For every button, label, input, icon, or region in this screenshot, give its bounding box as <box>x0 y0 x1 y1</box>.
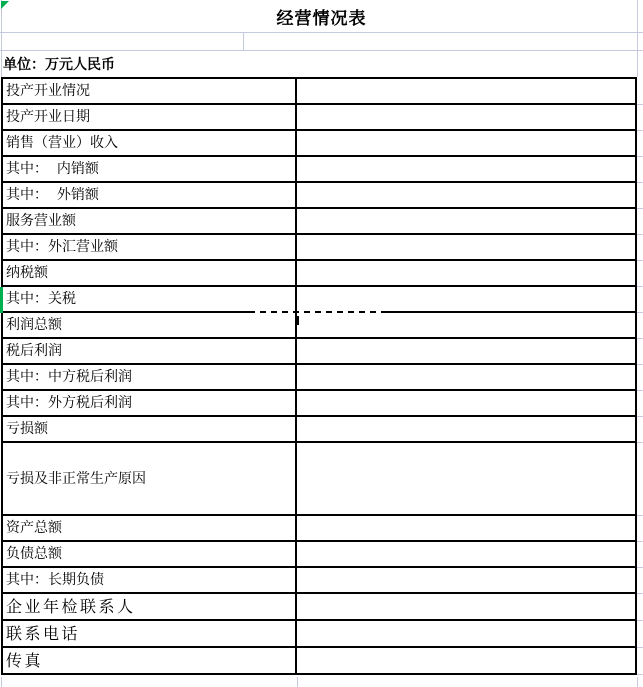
row-label-cell[interactable]: 纳税额 <box>3 261 297 285</box>
table-row: 投产开业日期 <box>3 105 635 131</box>
right-gridline-stub <box>637 156 643 157</box>
row-value-cell[interactable] <box>297 391 635 415</box>
table-row: 联系电话 <box>3 621 635 648</box>
row-value-cell[interactable] <box>297 235 635 259</box>
row-label-cell[interactable]: 其中： 外销额 <box>3 183 297 207</box>
row-label-cell[interactable]: 资产总额 <box>3 516 297 540</box>
right-gridline-stub <box>637 620 643 621</box>
row-label: 亏损额 <box>3 422 48 436</box>
row-label-cell[interactable]: 投产开业情况 <box>3 79 297 103</box>
row-label-cell[interactable]: 服务营业额 <box>3 209 297 233</box>
row-label-cell[interactable]: 销售（营业）收入 <box>3 131 297 155</box>
row-value-cell[interactable] <box>297 209 635 233</box>
row-value-cell[interactable] <box>297 443 635 514</box>
gridline-under-title <box>0 32 643 33</box>
row-label-cell[interactable]: 其中：中方税后利润 <box>3 365 297 389</box>
row-value-cell[interactable] <box>297 261 635 285</box>
right-gridline-stub <box>637 416 643 417</box>
table-row: 其中：外汇营业额 <box>3 235 635 261</box>
gridline-spacer-column <box>243 32 244 50</box>
right-gridline-stub <box>637 647 643 648</box>
right-gridline-stub <box>637 208 643 209</box>
row-label: 亏损及非正常生产原因 <box>3 472 146 486</box>
row-label-cell[interactable]: 其中： 内销额 <box>3 157 297 181</box>
row-label-cell[interactable]: 联系电话 <box>3 621 297 646</box>
table-row: 其中： 外销额 <box>3 183 635 209</box>
right-gridline-stub <box>637 104 643 105</box>
table-row: 利润总额 <box>3 313 635 339</box>
right-gridline-stub <box>637 390 643 391</box>
row-label: 税后利润 <box>3 344 62 358</box>
table-row: 企业年检联系人 <box>3 594 635 621</box>
spreadsheet-view: 经营情况表 单位：万元人民币 投产开业情况投产开业日期销售（营业）收入其中： 内… <box>0 0 643 687</box>
table-row: 传真 <box>3 648 635 675</box>
table-row: 税后利润 <box>3 339 635 365</box>
gridline-stub-bottom-right <box>637 677 638 687</box>
row-value-cell[interactable] <box>297 417 635 441</box>
unit-cell[interactable]: 单位：万元人民币 <box>0 50 643 77</box>
row-label: 投产开业日期 <box>3 110 90 124</box>
table-row: 销售（营业）收入 <box>3 131 635 157</box>
row-label: 投产开业情况 <box>3 84 90 98</box>
row-label: 企业年检联系人 <box>3 599 136 615</box>
row-label: 其中：外汇营业额 <box>3 240 118 254</box>
row-value-cell[interactable] <box>297 542 635 566</box>
table-row: 其中：长期负债 <box>3 568 635 594</box>
row-value-cell[interactable] <box>297 313 635 337</box>
row-label-cell[interactable]: 企业年检联系人 <box>3 594 297 619</box>
table-row: 其中：中方税后利润 <box>3 365 635 391</box>
row-value-cell[interactable] <box>297 157 635 181</box>
row-label-cell[interactable]: 投产开业日期 <box>3 105 297 129</box>
row-value-cell[interactable] <box>297 79 635 103</box>
row-value-cell[interactable] <box>297 516 635 540</box>
right-gridline-stub <box>637 674 643 675</box>
right-gridline-stub <box>637 364 643 365</box>
table-row: 投产开业情况 <box>3 79 635 105</box>
right-gridline-stub <box>637 312 643 313</box>
row-label: 其中： 内销额 <box>3 162 99 176</box>
gridline-stub-bottom-middle <box>297 677 298 687</box>
row-label-cell[interactable]: 其中：长期负债 <box>3 568 297 592</box>
right-gridline-stub <box>637 260 643 261</box>
table-row: 其中： 内销额 <box>3 157 635 183</box>
row-label: 联系电话 <box>3 626 80 642</box>
row-value-cell[interactable] <box>297 131 635 155</box>
title-cell[interactable]: 经营情况表 <box>0 0 643 32</box>
table-row: 纳税额 <box>3 261 635 287</box>
row-value-cell[interactable] <box>297 339 635 363</box>
row-value-cell[interactable] <box>297 105 635 129</box>
page-title: 经营情况表 <box>277 4 367 29</box>
row-value-cell[interactable] <box>297 648 635 673</box>
row-label: 其中：关税 <box>3 292 76 306</box>
row-label: 销售（营业）收入 <box>3 136 118 150</box>
row-value-cell[interactable] <box>297 594 635 619</box>
right-gridline-stub <box>637 515 643 516</box>
row-value-cell[interactable] <box>297 568 635 592</box>
row-label-cell[interactable]: 亏损额 <box>3 417 297 441</box>
row-label: 其中：长期负债 <box>3 573 104 587</box>
row-label: 服务营业额 <box>3 214 76 228</box>
right-gridline-stub <box>637 234 643 235</box>
page-break-dashed-line <box>255 311 387 313</box>
green-row-bar-icon <box>0 287 3 313</box>
unit-label: 单位：万元人民币 <box>0 54 115 74</box>
right-gridline-stub <box>637 541 643 542</box>
right-gridline-stub <box>637 130 643 131</box>
row-label-cell[interactable]: 传真 <box>3 648 297 673</box>
table-row: 其中：外方税后利润 <box>3 391 635 417</box>
form-table: 投产开业情况投产开业日期销售（营业）收入其中： 内销额其中： 外销额服务营业额其… <box>1 77 637 675</box>
table-row: 其中：关税 <box>3 287 635 313</box>
right-gridline-stub <box>637 286 643 287</box>
row-value-cell[interactable] <box>297 287 635 311</box>
row-label: 资产总额 <box>3 521 62 535</box>
row-value-cell[interactable] <box>297 621 635 646</box>
row-label-cell[interactable]: 税后利润 <box>3 339 297 363</box>
gridline-stub-bottom-left <box>1 677 2 687</box>
right-gridline-stub <box>637 567 643 568</box>
row-label: 其中： 外销额 <box>3 188 99 202</box>
table-row: 服务营业额 <box>3 209 635 235</box>
right-gridline-stub <box>637 338 643 339</box>
table-row: 负债总额 <box>3 542 635 568</box>
row-label: 利润总额 <box>3 318 62 332</box>
row-label-cell[interactable]: 利润总额 <box>3 313 297 337</box>
right-gridline-stub <box>637 593 643 594</box>
row-label: 传真 <box>3 653 43 669</box>
row-label: 纳税额 <box>3 266 48 280</box>
row-label-cell[interactable]: 其中：关税 <box>3 287 297 311</box>
right-gridline-stub <box>637 182 643 183</box>
page-break-dash-vertical <box>297 316 299 325</box>
row-label-cell[interactable]: 亏损及非正常生产原因 <box>3 443 297 514</box>
row-label-cell[interactable]: 其中：外方税后利润 <box>3 391 297 415</box>
table-row: 亏损及非正常生产原因 <box>3 443 635 516</box>
table-row: 资产总额 <box>3 516 635 542</box>
row-label-cell[interactable]: 负债总额 <box>3 542 297 566</box>
row-value-cell[interactable] <box>297 365 635 389</box>
row-value-cell[interactable] <box>297 183 635 207</box>
right-gridline-stub <box>637 442 643 443</box>
table-row: 亏损额 <box>3 417 635 443</box>
row-label: 其中：中方税后利润 <box>3 370 132 384</box>
row-label: 其中：外方税后利润 <box>3 396 132 410</box>
row-label-cell[interactable]: 其中：外汇营业额 <box>3 235 297 259</box>
row-label: 负债总额 <box>3 547 62 561</box>
